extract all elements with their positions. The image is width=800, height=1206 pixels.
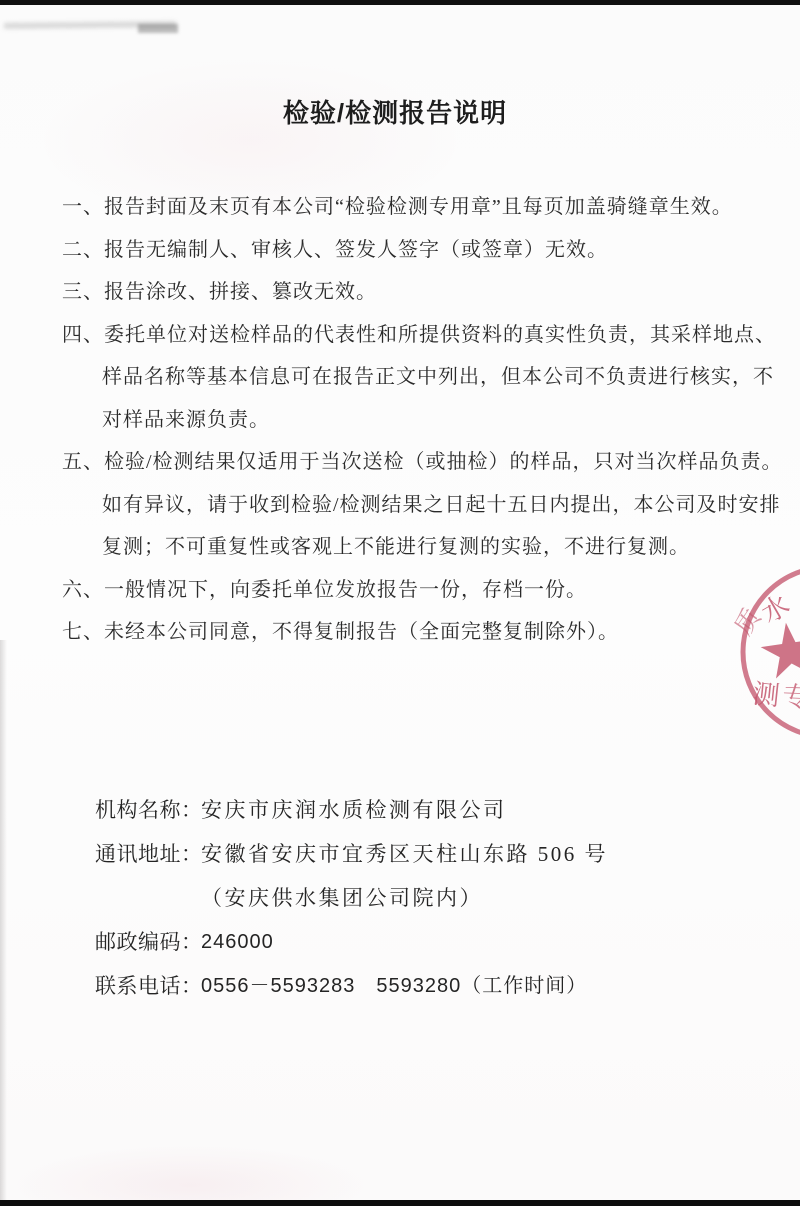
contact-addr-row: 通讯地址： 安徽省安庆市宜秀区天柱山东路 506 号 [95,832,745,876]
clause-5-text-line1: 检验/检测结果仅适用于当次送检（或抽检）的样品，只对当次样品负责。 [104,451,783,473]
clause-1: 一、报告封面及末页有本公司“检验检测专用章”且每页加盖骑缝章生效。 [62,186,762,229]
clause-4-text-line3: 对样品来源负责。 [102,409,270,431]
clause-4-text-line2: 样品名称等基本信息可在报告正文中列出，但本公司不负责进行核实，不 [102,366,774,388]
clause-3: 三、报告涂改、拼接、篡改无效。 [62,271,762,314]
scan-edge-top [0,0,800,5]
contact-addr-note-spacer [95,876,201,920]
clause-1-number: 一、 [62,196,104,218]
contact-org-label: 机构名称： [95,788,201,832]
clause-2-number: 二、 [62,239,104,261]
contact-tel-label: 联系电话： [95,964,201,1008]
clause-list: 一、报告封面及末页有本公司“检验检测专用章”且每页加盖骑缝章生效。 二、报告无编… [62,186,762,654]
clause-5: 五、检验/检测结果仅适用于当次送检（或抽检）的样品，只对当次样品负责。 如有异议… [62,441,762,569]
scan-edge-bottom [0,1200,800,1206]
contact-zip-label: 邮政编码： [95,920,201,964]
contact-org-row: 机构名称： 安庆市庆润水质检测有限公司 [95,788,745,832]
stamp-char-bottom-fragment: 专 [782,682,800,713]
clause-3-text: 报告涂改、拼接、篡改无效。 [104,281,377,303]
clause-6: 六、一般情况下，向委托单位发放报告一份，存档一份。 [62,569,762,612]
clause-2: 二、报告无编制人、审核人、签发人签字（或签章）无效。 [62,229,762,272]
contact-addr-value: 安徽省安庆市宜秀区天柱山东路 506 号 [201,832,608,876]
contact-addr-label: 通讯地址： [95,832,201,876]
contact-addr-note-row: （安庆供水集团公司院内） [95,876,745,920]
clause-5-text-line2: 如有异议，请于收到检验/检测结果之日起十五日内提出，本公司及时安排 [102,494,781,516]
contact-org-value: 安庆市庆润水质检测有限公司 [201,788,507,832]
clause-3-number: 三、 [62,281,104,303]
clause-7: 七、未经本公司同意，不得复制报告（全面完整复制除外）。 [62,611,762,654]
page-edge-shadow [0,640,7,1206]
contact-block: 机构名称： 安庆市庆润水质检测有限公司 通讯地址： 安徽省安庆市宜秀区天柱山东路… [95,788,745,1008]
contact-tel-value: 0556－5593283 5593280（工作时间） [201,964,587,1008]
contact-tel-row: 联系电话： 0556－5593283 5593280（工作时间） [95,964,745,1008]
clause-7-number: 七、 [62,621,104,643]
contact-addr-note: （安庆供水集团公司院内） [201,876,483,920]
stamp-char-bottom: 测 [751,679,781,712]
stamp-char-top: 水 [756,589,794,628]
clause-4-text-line1: 委托单位对送检样品的代表性和所提供资料的真实性负责，其采样地点、 [104,324,776,346]
clause-1-text: 报告封面及末页有本公司“检验检测专用章”且每页加盖骑缝章生效。 [104,196,733,218]
scan-smudge-dark [138,24,178,33]
clause-4-number: 四、 [62,324,104,346]
clause-6-text: 一般情况下，向委托单位发放报告一份，存档一份。 [104,579,587,601]
clause-4: 四、委托单位对送检样品的代表性和所提供资料的真实性负责，其采样地点、 样品名称等… [62,314,762,442]
clause-7-text: 未经本公司同意，不得复制报告（全面完整复制除外）。 [104,621,619,643]
contact-zip-row: 邮政编码： 246000 [95,920,745,964]
clause-5-text-line3: 复测；不可重复性或客观上不能进行复测的实验，不进行复测。 [102,536,690,558]
clause-5-number: 五、 [62,451,104,473]
contact-zip-value: 246000 [201,920,274,964]
clause-2-text: 报告无编制人、审核人、签发人签字（或签章）无效。 [104,239,608,261]
clause-6-number: 六、 [62,579,104,601]
page-title: 检验/检测报告说明 [0,93,790,130]
